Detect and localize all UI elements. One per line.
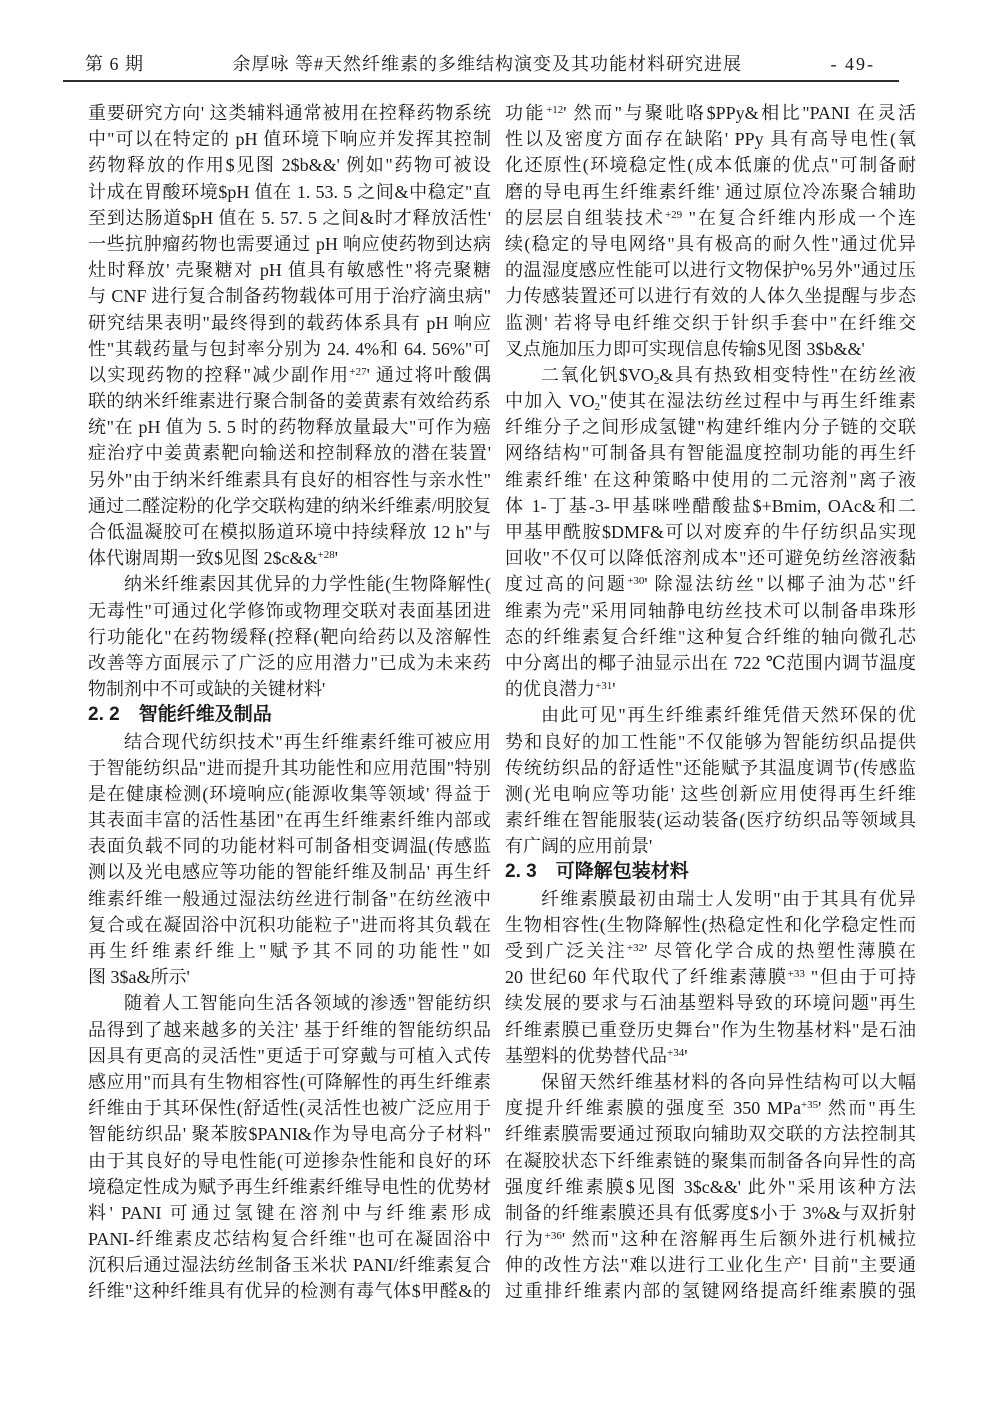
body-text-line: 纤维素膜最初由瑞士人发明"由于其具有优异 xyxy=(505,886,916,912)
body-text-line: 物制剂中不可或缺的关键材料' xyxy=(88,676,491,702)
superscript-citation: +36 xyxy=(545,1230,562,1242)
body-text-line: 度提升纤维素膜的强度至 350 MPa+35' 然而"再生 xyxy=(505,1095,916,1121)
body-text-line: 纤维由于其环保性(舒适性(灵活性也被广泛应用于 xyxy=(88,1095,491,1121)
body-text-line: 感应用"而具有生物相容性(可降解性的再生纤维素 xyxy=(88,1069,491,1095)
issue-number: 第 6 期 xyxy=(85,50,144,76)
running-header: 第 6 期 余厚咏 等#天然纤维素的多维结构演变及其功能材料研究进展 - 49- xyxy=(85,50,875,76)
body-text-line: 续发展的要求与石油基塑料导致的环境问题"再生 xyxy=(505,990,916,1016)
body-text-line: 至到达肠道$pH 值在 5. 57. 5 之间&时才释放活性' xyxy=(88,205,491,231)
body-text-line: 纤维"这种纤维具有优异的检测有毒气体$甲醛&的 xyxy=(88,1278,491,1304)
journal-page: 第 6 期 余厚咏 等#天然纤维素的多维结构演变及其功能材料研究进展 - 49-… xyxy=(0,0,992,1403)
body-text-line: 制备的纤维素膜还具有低雾度$小于 3%&与双折射 xyxy=(505,1200,916,1226)
body-text-line: 由于其良好的导电性能(可逆掺杂性能和良好的环 xyxy=(88,1148,491,1174)
page-number: - 49- xyxy=(831,54,876,75)
body-text-line: 由此可见"再生纤维素纤维凭借天然环保的优 xyxy=(505,702,916,728)
body-text-line: 性"其载药量与包封率分别为 24. 4%和 64. 56%"可 xyxy=(88,336,491,362)
body-text-line: 测(光电响应等功能' 这些创新应用使得再生纤维 xyxy=(505,781,916,807)
body-text-line: 功能+12' 然而"与聚吡咯$PPy&相比"PANI 在灵活 xyxy=(505,100,916,126)
body-text-line: 力传感装置还可以进行有效的人体久坐提醒与步态 xyxy=(505,283,916,309)
body-text-line: 纤维素膜需要通过预取向辅助双交联的方法控制其 xyxy=(505,1121,916,1147)
superscript-citation: +27 xyxy=(349,366,366,378)
body-text-line: 的层层自组装技术+29 "在复合纤维内形成一个连 xyxy=(505,205,916,231)
superscript-citation: +33 xyxy=(788,968,805,980)
body-text-line: 品得到了越来越多的关注' 基于纤维的智能纺织品 xyxy=(88,1017,491,1043)
body-text-line: 维素为壳"采用同轴静电纺丝技术可以制备串珠形 xyxy=(505,598,916,624)
body-text-line: 是在健康检测(环境响应(能源收集等领域' 得益于 xyxy=(88,781,491,807)
body-text-line: 症治疗中姜黄素靶向输送和控制释放的潜在装置' xyxy=(88,440,491,466)
body-text-line: 药物释放的作用$见图 2$b&&' 例如"药物可被设 xyxy=(88,152,491,178)
body-text-line: 联的纳米纤维素进行聚合制备的姜黄素有效给药系 xyxy=(88,388,491,414)
left-column: 重要研究方向' 这类辅料通常被用在控释药物系统中"可以在特定的 pH 值环境下响… xyxy=(88,100,491,1305)
body-text-line: 于智能纺织品"进而提升其功能性和应用范围"特别 xyxy=(88,755,491,781)
body-text-line: 传统纺织品的舒适性"还能赋予其温度调节(传感监 xyxy=(505,755,916,781)
body-text-line: 改善等方面展示了广泛的应用潜力"已成为未来药 xyxy=(88,650,491,676)
body-text-line: 随着人工智能向生活各领域的渗透"智能纺织 xyxy=(88,990,491,1016)
body-text-line: 20 世纪60 年代取代了纤维素薄膜+33 "但由于可持 xyxy=(505,964,916,990)
superscript-citation: +12 xyxy=(546,104,563,116)
body-text-line: 监测' 若将导电纤维交织于针织手套中"在纤维交 xyxy=(505,310,916,336)
body-text-line: 研究结果表明"最终得到的载药体系具有 pH 响应 xyxy=(88,310,491,336)
subscript: 2 xyxy=(654,375,660,387)
superscript-citation: +32 xyxy=(627,942,644,954)
body-text-line: 合低温凝胶可在模拟肠道环境中持续释放 12 h"与人 xyxy=(88,519,491,545)
body-text-line: PANI-纤维素皮芯结构复合纤维"也可在凝固浴中 xyxy=(88,1226,491,1252)
body-text-line: 化还原性(环境稳定性(成本低廉的优点"可制备耐 xyxy=(505,152,916,178)
superscript-citation: +28 xyxy=(318,549,335,561)
body-text-line: 统"在 pH 值为 5. 5 时的药物释放量最大"可作为癌 xyxy=(88,414,491,440)
body-text-line: 行功能化"在药物缓释(控释(靶向给药以及溶解性 xyxy=(88,624,491,650)
body-text-line: 素纤维在智能服装(运动装备(医疗纺织品等领域具 xyxy=(505,807,916,833)
body-text-line: 灶时释放' 壳聚糖对 pH 值具有敏感性"将壳聚糖 xyxy=(88,257,491,283)
subscript: 2 xyxy=(595,401,601,413)
body-text-line: 计成在胃酸环境$pH 值在 1. 53. 5 之间&中稳定"直 xyxy=(88,179,491,205)
body-text-line: 体 1-丁基-3-甲基咪唑醋酸盐$+Bmim, OAc&和二 xyxy=(505,493,916,519)
header-rule xyxy=(63,80,899,82)
body-text-line: 甲基甲酰胺$DMF&可以对废弃的牛仔纺织品实现 xyxy=(505,519,916,545)
body-text-line: 纳米纤维素因其优异的力学性能(生物降解性( xyxy=(88,571,491,597)
body-text-line: 性以及密度方面存在缺陷' PPy 具有高导电性(氧 xyxy=(505,126,916,152)
body-text-line: 中加入 VO2"使其在湿法纺丝过程中与再生纤维素 xyxy=(505,388,916,414)
body-text-line: 维素纤维' 在这种策略中使用的二元溶剂"离子液 xyxy=(505,467,916,493)
body-text-line: 过重排纤维素内部的氢键网络提高纤维素膜的强 xyxy=(505,1278,916,1304)
body-text-line: 的温湿度感应性能可以进行文物保护%另外"通过压 xyxy=(505,257,916,283)
right-column: 功能+12' 然而"与聚吡咯$PPy&相比"PANI 在灵活性以及密度方面存在缺… xyxy=(505,100,916,1305)
body-text-line: 在凝胶状态下纤维素链的聚集而制备各向异性的高 xyxy=(505,1148,916,1174)
body-text-line: 伸的改性方法"难以进行工业化生产' 目前"主要通 xyxy=(505,1252,916,1278)
body-text-line: 因具有更高的灵活性"更适于可穿戴与可植入式传 xyxy=(88,1043,491,1069)
body-text-line: 基塑料的优势替代品+34' xyxy=(505,1043,916,1069)
body-text-line: 回收"不仅可以降低溶剂成本"还可避免纺丝溶液黏 xyxy=(505,545,916,571)
body-text-line: 以实现药物的控释"减少副作用+27' 通过将叶酸偶 xyxy=(88,362,491,388)
body-text-line: 与 CNF 进行复合制备药物载体可用于治疗滴虫病" xyxy=(88,283,491,309)
body-text-line: 生物相容性(生物降解性(热稳定性和化学稳定性而 xyxy=(505,912,916,938)
body-text-line: 有广阔的应用前景' xyxy=(505,833,916,859)
body-text-line: 受到广泛关注+32' 尽管化学合成的热塑性薄膜在 xyxy=(505,938,916,964)
body-text-line: 磨的导电再生纤维素纤维' 通过原位冷冻聚合辅助 xyxy=(505,179,916,205)
body-text-line: 中分离出的椰子油显示出在 722 ℃范围内调节温度 xyxy=(505,650,916,676)
body-text-line: 势和良好的加工性能"不仅能够为智能纺织品提供 xyxy=(505,729,916,755)
body-text-line: 态的纤维素复合纤维"这种复合纤维的轴向微孔芯 xyxy=(505,624,916,650)
body-text-line: 体代谢周期一致$见图 2$c&&+28' xyxy=(88,545,491,571)
body-text-line: 强度纤维素膜$见图 3$c&&' 此外"采用该种方法 xyxy=(505,1174,916,1200)
body-text-line: 保留天然纤维基材料的各向异性结构可以大幅 xyxy=(505,1069,916,1095)
body-text-line: 度过高的问题+30' 除湿法纺丝"以椰子油为芯"纤 xyxy=(505,571,916,597)
body-text-line: 沉积后通过湿法纺丝制备玉米状 PANI/纤维素复合 xyxy=(88,1252,491,1278)
body-text-line: 中"可以在特定的 pH 值环境下响应并发挥其控制 xyxy=(88,126,491,152)
superscript-citation: +35 xyxy=(801,1099,818,1111)
section-heading: 2. 3 可降解包装材料 xyxy=(505,859,916,885)
body-text-line: 智能纺织品' 聚苯胺$PANI&作为导电高分子材料" xyxy=(88,1121,491,1147)
body-text-line: 境稳定性成为赋予再生纤维素纤维导电性的优势材 xyxy=(88,1174,491,1200)
body-text-line: 图 3$a&所示' xyxy=(88,964,491,990)
running-title: 余厚咏 等#天然纤维素的多维结构演变及其功能材料研究进展 xyxy=(144,50,831,76)
body-text-line: 通过二醛淀粉的化学交联构建的纳米纤维素/明胶复 xyxy=(88,493,491,519)
body-text-line: 测以及光电感应等功能的智能纤维及制品' 再生纤 xyxy=(88,859,491,885)
body-text-line: 重要研究方向' 这类辅料通常被用在控释药物系统 xyxy=(88,100,491,126)
body-text-line: 无毒性"可通过化学修饰或物理交联对表面基团进 xyxy=(88,598,491,624)
superscript-citation: +31 xyxy=(595,680,612,692)
body-text-line: 料' PANI 可通过氢键在溶剂中与纤维素形成 xyxy=(88,1200,491,1226)
body-text-line: 叉点施加压力即可实现信息传输$见图 3$b&&' xyxy=(505,336,916,362)
body-text-line: 一些抗肿瘤药物也需要通过 pH 响应使药物到达病 xyxy=(88,231,491,257)
section-heading: 2. 2 智能纤维及制品 xyxy=(88,702,491,728)
superscript-citation: +30 xyxy=(627,575,644,587)
body-text-line: 的优良潜力+31' xyxy=(505,676,916,702)
body-text-line: 复合或在凝固浴中沉积功能粒子"进而将其负载在 xyxy=(88,912,491,938)
body-text-line: 表面负载不同的功能材料可制备相变调温(传感监 xyxy=(88,833,491,859)
body-text-line: 结合现代纺织技术"再生纤维素纤维可被应用 xyxy=(88,729,491,755)
body-text-line: 再生纤维素纤维上"赋予其不同的功能性"如 xyxy=(88,938,491,964)
superscript-citation: +34 xyxy=(667,1047,684,1059)
body-text-line: 二氧化钒$VO2&具有热致相变特性"在纺丝液 xyxy=(505,362,916,388)
body-text-line: 维素纤维一般通过湿法纺丝进行制备"在纺丝液中 xyxy=(88,886,491,912)
body-text-line: 网络结构"可制备具有智能温度控制功能的再生纤 xyxy=(505,440,916,466)
body-text-line: 行为+36' 然而"这种在溶解再生后额外进行机械拉 xyxy=(505,1226,916,1252)
body-text-line: 纤维素膜已重登历史舞台"作为生物基材料"是石油 xyxy=(505,1017,916,1043)
body-text-line: 其表面丰富的活性基团"在再生纤维素纤维内部或 xyxy=(88,807,491,833)
body-text-line: 纤维分子之间形成氢键"构建纤维内分子链的交联 xyxy=(505,414,916,440)
body-text-line: 另外"由于纳米纤维素具有良好的相容性与亲水性" xyxy=(88,467,491,493)
body-text-line: 续(稳定的导电网络"具有极高的耐久性"通过优异 xyxy=(505,231,916,257)
superscript-citation: +29 xyxy=(665,209,682,221)
